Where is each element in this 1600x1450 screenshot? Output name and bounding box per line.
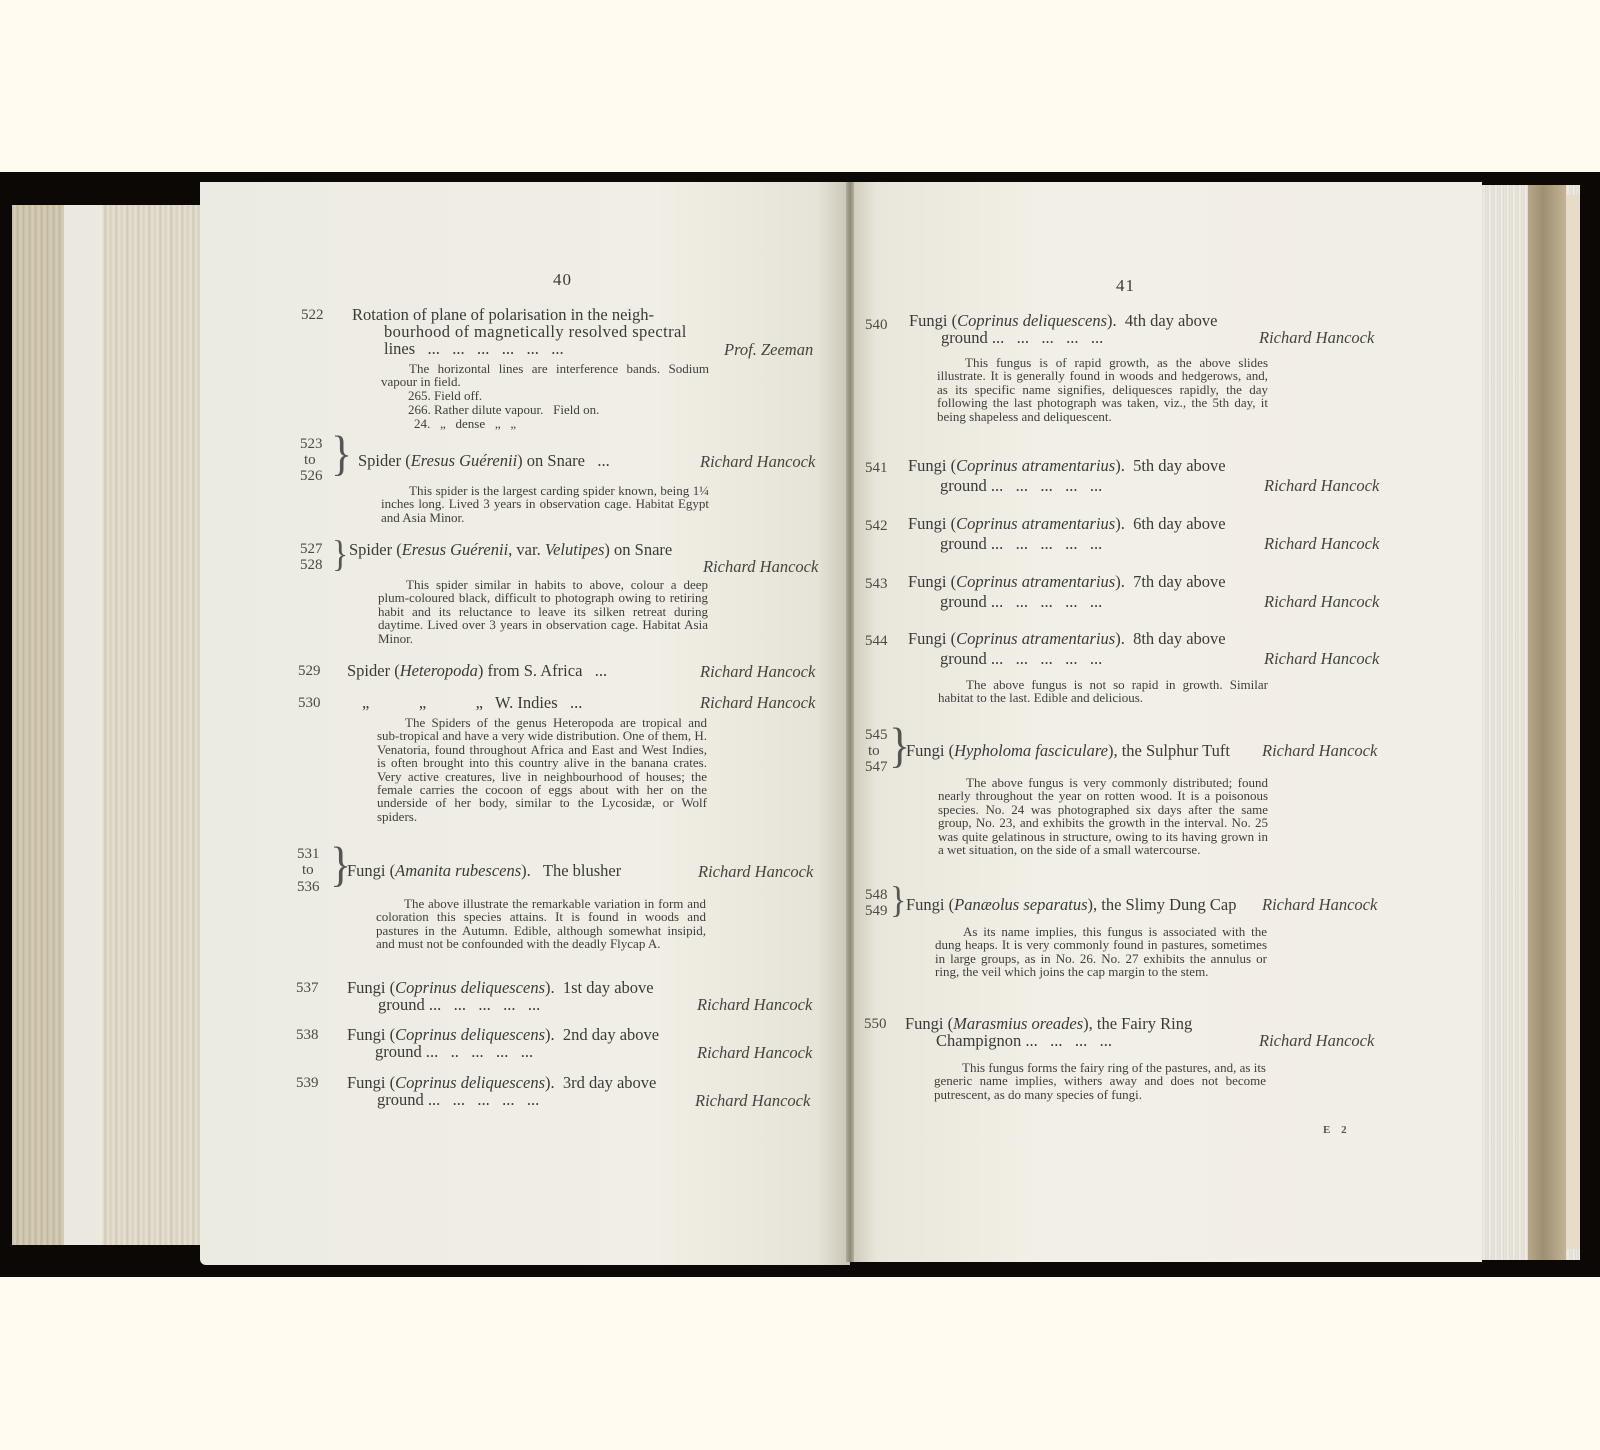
entry-number: 544 xyxy=(865,633,888,650)
entry-title: Spider (Heteropoda) from S. Africa ... xyxy=(347,661,607,681)
entry-title: Fungi (Panæolus separatus), the Slimy Du… xyxy=(906,895,1236,915)
entry-number: 523 xyxy=(300,436,323,453)
entry-number: 543 xyxy=(865,576,888,593)
entry-number: 541 xyxy=(865,460,888,477)
entry-title: Fungi (Coprinus atramentarius). 7th day … xyxy=(908,572,1226,592)
entry-title: Fungi (Coprinus atramentarius). 5th day … xyxy=(908,456,1226,476)
entry-title-line: lines ... ... ... ... ... ... xyxy=(384,339,564,359)
entry-number: 545 xyxy=(865,727,888,744)
entry-description: As its name implies, this fungus is asso… xyxy=(935,925,1267,979)
entry-number: 550 xyxy=(864,1016,887,1033)
entry-title-line2: ground ... ... ... ... ... xyxy=(940,649,1102,669)
entry-number: 547 xyxy=(865,759,888,776)
entry-number: 526 xyxy=(300,468,323,485)
entry-number: 531 xyxy=(297,846,320,863)
entry-number: 539 xyxy=(296,1075,319,1092)
entry-title: Fungi (Amanita rubescens). The blusher xyxy=(347,861,621,881)
page-number-left: 40 xyxy=(553,270,572,290)
entry-title-line2: ground ... ... ... ... ... xyxy=(378,995,540,1015)
entry-credit: Richard Hancock xyxy=(695,1091,810,1111)
entry-number: 538 xyxy=(296,1027,319,1044)
entry-title-line2: ground ... ... ... ... ... xyxy=(941,328,1103,348)
entry-credit: Richard Hancock xyxy=(1262,895,1377,915)
entry-description: The horizontal lines are interference ba… xyxy=(381,362,709,389)
entry-title-line2: ground ... ... ... ... ... xyxy=(940,534,1102,554)
entry-credit: Richard Hancock xyxy=(700,452,815,472)
entry-title-line2: ground ... .. ... ... ... xyxy=(375,1042,533,1062)
entry-credit: Richard Hancock xyxy=(700,693,815,713)
brace-icon: } xyxy=(331,430,352,478)
entry-title-line2: ground ... ... ... ... ... xyxy=(940,476,1102,496)
entry-number: 529 xyxy=(298,663,321,680)
sub-item: 265. Field off. xyxy=(408,389,482,402)
entry-number: 522 xyxy=(301,307,324,324)
entry-title-line2: ground ... ... ... ... ... xyxy=(377,1090,539,1110)
entry-description: This spider similar in habits to above, … xyxy=(378,578,708,645)
signature-mark: E 2 xyxy=(1323,1124,1351,1136)
entry-number: 527 xyxy=(300,541,323,558)
left-page-edges xyxy=(12,205,202,1245)
sub-item: 24. „ dense „ „ xyxy=(414,417,516,430)
entry-credit: Richard Hancock xyxy=(697,1043,812,1063)
entry-description: The above fungus is not so rapid in grow… xyxy=(938,678,1268,705)
entry-credit: Richard Hancock xyxy=(1264,649,1379,669)
entry-credit: Richard Hancock xyxy=(700,662,815,682)
entry-number: to xyxy=(304,452,316,469)
entry-credit: Richard Hancock xyxy=(1259,328,1374,348)
entry-number: 530 xyxy=(298,695,321,712)
entry-credit: Richard Hancock xyxy=(703,557,818,577)
entry-title-line2: Champignon ... ... ... ... xyxy=(936,1031,1112,1051)
entry-credit: Richard Hancock xyxy=(1264,476,1379,496)
entry-title: Spider (Eresus Guérenii, var. Velutipes)… xyxy=(349,540,672,560)
brace-icon: } xyxy=(332,536,348,573)
entry-title: Fungi (Coprinus atramentarius). 8th day … xyxy=(908,629,1226,649)
entry-credit: Richard Hancock xyxy=(697,995,812,1015)
entry-description: The Spiders of the genus Heteropoda are … xyxy=(377,716,707,823)
entry-number: to xyxy=(868,743,880,760)
entry-description: The above fungus is very commonly distri… xyxy=(938,776,1268,856)
entry-number: 542 xyxy=(865,518,888,535)
entry-description: The above illustrate the remarkable vari… xyxy=(376,897,706,951)
entry-credit: Richard Hancock xyxy=(1264,534,1379,554)
entry-number: to xyxy=(302,862,314,879)
entry-title: „ „ „ W. Indies ... xyxy=(362,693,582,713)
entry-title: Fungi (Coprinus atramentarius). 6th day … xyxy=(908,514,1226,534)
entry-number: 537 xyxy=(296,980,319,997)
page-number-right: 41 xyxy=(1116,276,1135,296)
book-gutter xyxy=(846,182,854,1262)
entry-title: Fungi (Hypholoma fasciculare), the Sulph… xyxy=(906,741,1230,761)
entry-credit: Richard Hancock xyxy=(1262,741,1377,761)
entry-title-line2: ground ... ... ... ... ... xyxy=(940,592,1102,612)
entry-number: 549 xyxy=(865,903,888,920)
right-page-edges xyxy=(1480,185,1580,1260)
entry-number: 528 xyxy=(300,557,323,574)
entry-description: This fungus forms the fairy ring of the … xyxy=(934,1061,1266,1101)
sub-item: 266. Rather dilute vapour. Field on. xyxy=(408,403,599,416)
entry-credit: Richard Hancock xyxy=(698,862,813,882)
entry-description: This fungus is of rapid growth, as the a… xyxy=(937,356,1268,423)
entry-credit: Richard Hancock xyxy=(1259,1031,1374,1051)
entry-description: This spider is the largest carding spide… xyxy=(381,484,709,524)
entry-number: 536 xyxy=(297,879,320,896)
brace-icon: } xyxy=(890,882,906,919)
entry-credit: Prof. Zeeman xyxy=(724,340,813,360)
entry-number: 548 xyxy=(865,887,888,904)
entry-credit: Richard Hancock xyxy=(1264,592,1379,612)
entry-title: Spider (Eresus Guérenii) on Snare ... xyxy=(358,451,610,471)
entry-number: 540 xyxy=(865,317,888,334)
